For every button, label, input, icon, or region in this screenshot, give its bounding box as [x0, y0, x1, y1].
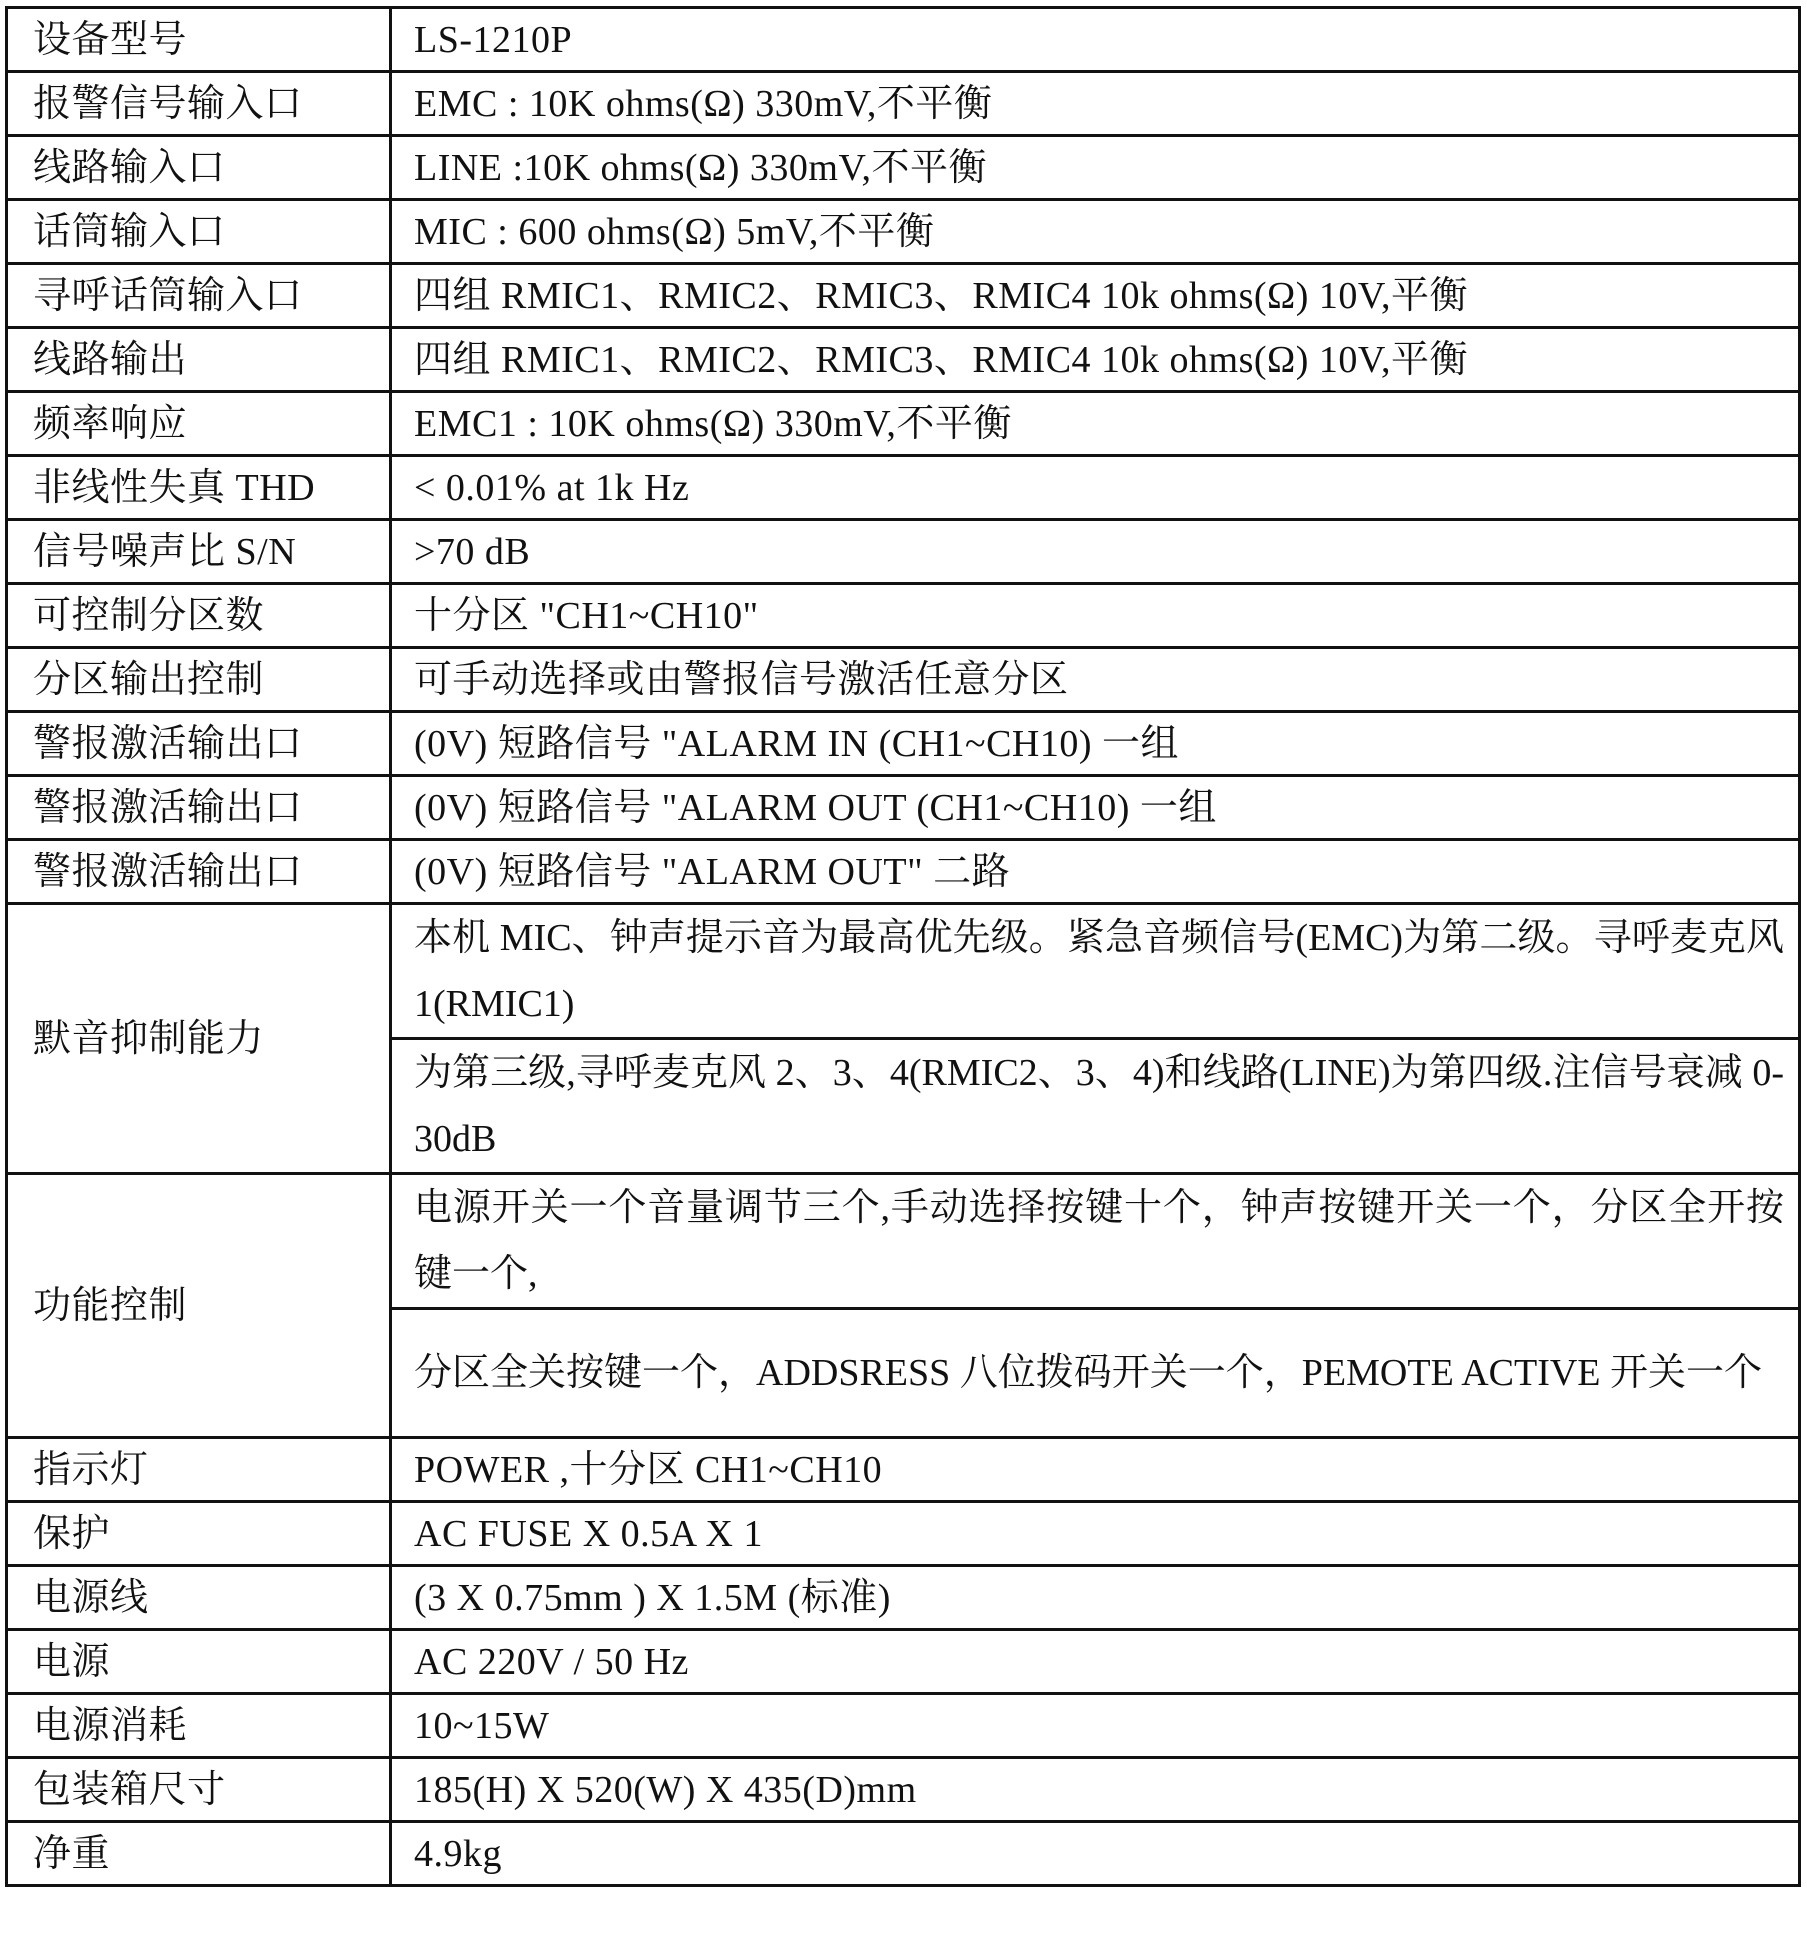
- row-value: >70 dB: [391, 520, 1800, 584]
- table-row-alarm-input: 报警信号输入口 EMC : 10K ohms(Ω) 330mV,不平衡: [7, 72, 1800, 136]
- row-label: 设备型号: [7, 8, 391, 72]
- row-label: 线路输出: [7, 328, 391, 392]
- table-row-power-supply: 电源 AC 220V / 50 Hz: [7, 1630, 1800, 1694]
- table-row-protection: 保护 AC FUSE X 0.5A X 1: [7, 1502, 1800, 1566]
- table-row-power-consumption: 电源消耗 10~15W: [7, 1694, 1800, 1758]
- table-row-alarm-output-3: 警报激活输出口 (0V) 短路信号 "ALARM OUT" 二路: [7, 840, 1800, 904]
- table-row-mute-suppression: 默音抑制能力 本机 MIC、钟声提示音为最高优先级。紧急音频信号(EMC)为第二…: [7, 904, 1800, 1039]
- row-value: 本机 MIC、钟声提示音为最高优先级。紧急音频信号(EMC)为第二级。寻呼麦克风…: [391, 904, 1800, 1039]
- table-row-paging-mic-input: 寻呼话筒输入口 四组 RMIC1、RMIC2、RMIC3、RMIC4 10k o…: [7, 264, 1800, 328]
- row-value: < 0.01% at 1k Hz: [391, 456, 1800, 520]
- table-row-line-input: 线路输入口 LINE :10K ohms(Ω) 330mV,不平衡: [7, 136, 1800, 200]
- row-label: 线路输入口: [7, 136, 391, 200]
- row-label: 指示灯: [7, 1438, 391, 1502]
- row-label: 警报激活输出口: [7, 840, 391, 904]
- table-row-model: 设备型号 LS-1210P: [7, 8, 1800, 72]
- table-row-function-control: 功能控制 电源开关一个音量调节三个,手动选择按键十个，钟声按键开关一个，分区全开…: [7, 1174, 1800, 1309]
- row-value: 电源开关一个音量调节三个,手动选择按键十个，钟声按键开关一个，分区全开按键一个,: [391, 1174, 1800, 1309]
- row-label: 警报激活输出口: [7, 776, 391, 840]
- row-value: 185(H) X 520(W) X 435(D)mm: [391, 1758, 1800, 1822]
- row-label: 电源线: [7, 1566, 391, 1630]
- row-value: EMC : 10K ohms(Ω) 330mV,不平衡: [391, 72, 1800, 136]
- table-row-snr: 信号噪声比 S/N >70 dB: [7, 520, 1800, 584]
- row-label: 非线性失真 THD: [7, 456, 391, 520]
- row-label: 警报激活输出口: [7, 712, 391, 776]
- row-label: 保护: [7, 1502, 391, 1566]
- row-value: POWER ,十分区 CH1~CH10: [391, 1438, 1800, 1502]
- row-value: 为第三级,寻呼麦克风 2、3、4(RMIC2、3、4)和线路(LINE)为第四级…: [391, 1039, 1800, 1174]
- table-row-net-weight: 净重 4.9kg: [7, 1822, 1800, 1886]
- row-value: (3 X 0.75mm ) X 1.5M (标准): [391, 1566, 1800, 1630]
- row-label: 话筒输入口: [7, 200, 391, 264]
- row-label: 电源消耗: [7, 1694, 391, 1758]
- table-row-alarm-output-1: 警报激活输出口 (0V) 短路信号 "ALARM IN (CH1~CH10) 一…: [7, 712, 1800, 776]
- table-row-mic-input: 话筒输入口 MIC : 600 ohms(Ω) 5mV,不平衡: [7, 200, 1800, 264]
- row-label: 包装箱尺寸: [7, 1758, 391, 1822]
- table-row-thd: 非线性失真 THD < 0.01% at 1k Hz: [7, 456, 1800, 520]
- table-row-alarm-output-2: 警报激活输出口 (0V) 短路信号 "ALARM OUT (CH1~CH10) …: [7, 776, 1800, 840]
- row-value: 分区全关按键一个，ADDSRESS 八位拨码开关一个，PEMOTE ACTIVE…: [391, 1309, 1800, 1438]
- row-value: 4.9kg: [391, 1822, 1800, 1886]
- row-value: AC FUSE X 0.5A X 1: [391, 1502, 1800, 1566]
- row-label: 默音抑制能力: [7, 904, 391, 1174]
- table-row-frequency-response: 频率响应 EMC1 : 10K ohms(Ω) 330mV,不平衡: [7, 392, 1800, 456]
- table-row-line-output: 线路输出 四组 RMIC1、RMIC2、RMIC3、RMIC4 10k ohms…: [7, 328, 1800, 392]
- row-label: 功能控制: [7, 1174, 391, 1438]
- row-label: 可控制分区数: [7, 584, 391, 648]
- row-value: (0V) 短路信号 "ALARM OUT (CH1~CH10) 一组: [391, 776, 1800, 840]
- spec-table: 设备型号 LS-1210P 报警信号输入口 EMC : 10K ohms(Ω) …: [5, 6, 1801, 1887]
- row-value: EMC1 : 10K ohms(Ω) 330mV,不平衡: [391, 392, 1800, 456]
- table-row-indicator: 指示灯 POWER ,十分区 CH1~CH10: [7, 1438, 1800, 1502]
- table-row-package-size: 包装箱尺寸 185(H) X 520(W) X 435(D)mm: [7, 1758, 1800, 1822]
- row-value: (0V) 短路信号 "ALARM IN (CH1~CH10) 一组: [391, 712, 1800, 776]
- row-label: 信号噪声比 S/N: [7, 520, 391, 584]
- row-value: (0V) 短路信号 "ALARM OUT" 二路: [391, 840, 1800, 904]
- row-value: MIC : 600 ohms(Ω) 5mV,不平衡: [391, 200, 1800, 264]
- row-label: 分区输出控制: [7, 648, 391, 712]
- table-row-zone-output-control: 分区输出控制 可手动选择或由警报信号激活任意分区: [7, 648, 1800, 712]
- row-label: 报警信号输入口: [7, 72, 391, 136]
- row-label: 电源: [7, 1630, 391, 1694]
- row-value: AC 220V / 50 Hz: [391, 1630, 1800, 1694]
- row-label: 寻呼话筒输入口: [7, 264, 391, 328]
- row-value: 四组 RMIC1、RMIC2、RMIC3、RMIC4 10k ohms(Ω) 1…: [391, 264, 1800, 328]
- row-value: LS-1210P: [391, 8, 1800, 72]
- row-label: 净重: [7, 1822, 391, 1886]
- row-value: 四组 RMIC1、RMIC2、RMIC3、RMIC4 10k ohms(Ω) 1…: [391, 328, 1800, 392]
- table-row-power-cord: 电源线 (3 X 0.75mm ) X 1.5M (标准): [7, 1566, 1800, 1630]
- row-value: LINE :10K ohms(Ω) 330mV,不平衡: [391, 136, 1800, 200]
- row-value: 十分区 "CH1~CH10": [391, 584, 1800, 648]
- row-value: 可手动选择或由警报信号激活任意分区: [391, 648, 1800, 712]
- row-label: 频率响应: [7, 392, 391, 456]
- table-row-zone-count: 可控制分区数 十分区 "CH1~CH10": [7, 584, 1800, 648]
- row-value: 10~15W: [391, 1694, 1800, 1758]
